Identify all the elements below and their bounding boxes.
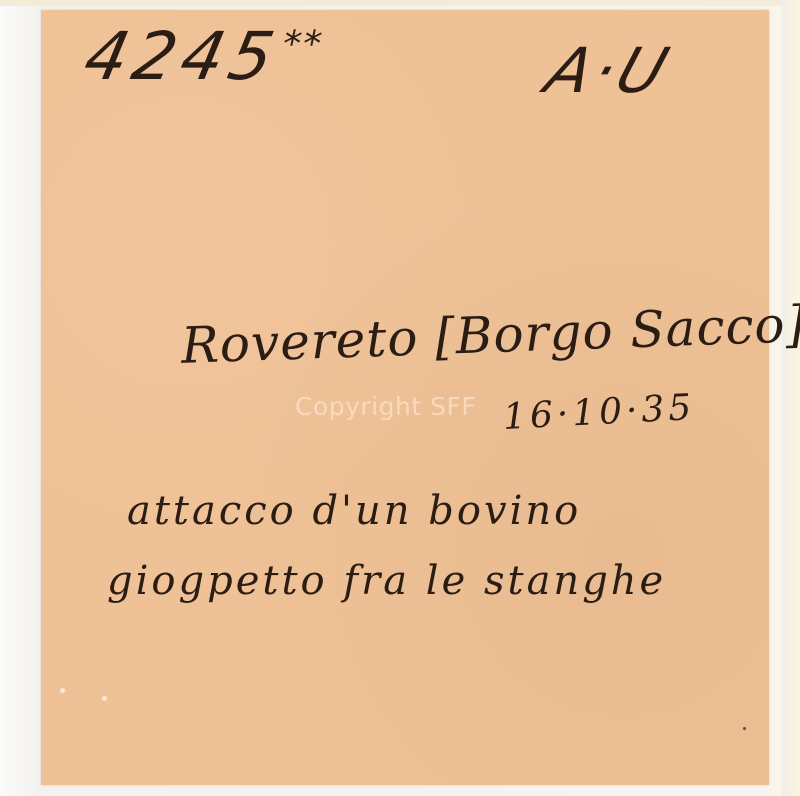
author-initials: A·U (537, 34, 680, 107)
ink-speck (743, 727, 746, 730)
paper-speck (60, 688, 65, 693)
description-line-1: attacco d'un bovino (127, 488, 581, 534)
scanned-archive-card: 4245** A·U Roveretо [Borgo Sacco] Copyri… (0, 0, 800, 796)
backing-right-edge (782, 0, 800, 796)
backing-top-edge (0, 0, 800, 6)
paper-speck (102, 696, 107, 701)
copyright-watermark: Copyright SFF (295, 392, 476, 421)
catalog-marks: ** (278, 24, 327, 65)
date-text: 16·10·35 (502, 387, 696, 438)
location-text: Roveretо [Borgo Sacco] (180, 295, 800, 375)
catalog-number: 4245** (78, 18, 328, 95)
archive-card: 4245** A·U Roveretо [Borgo Sacco] Copyri… (41, 10, 769, 785)
catalog-number-value: 4245 (78, 18, 286, 95)
description-line-2: giogpetto fra le stanghe (107, 558, 666, 604)
